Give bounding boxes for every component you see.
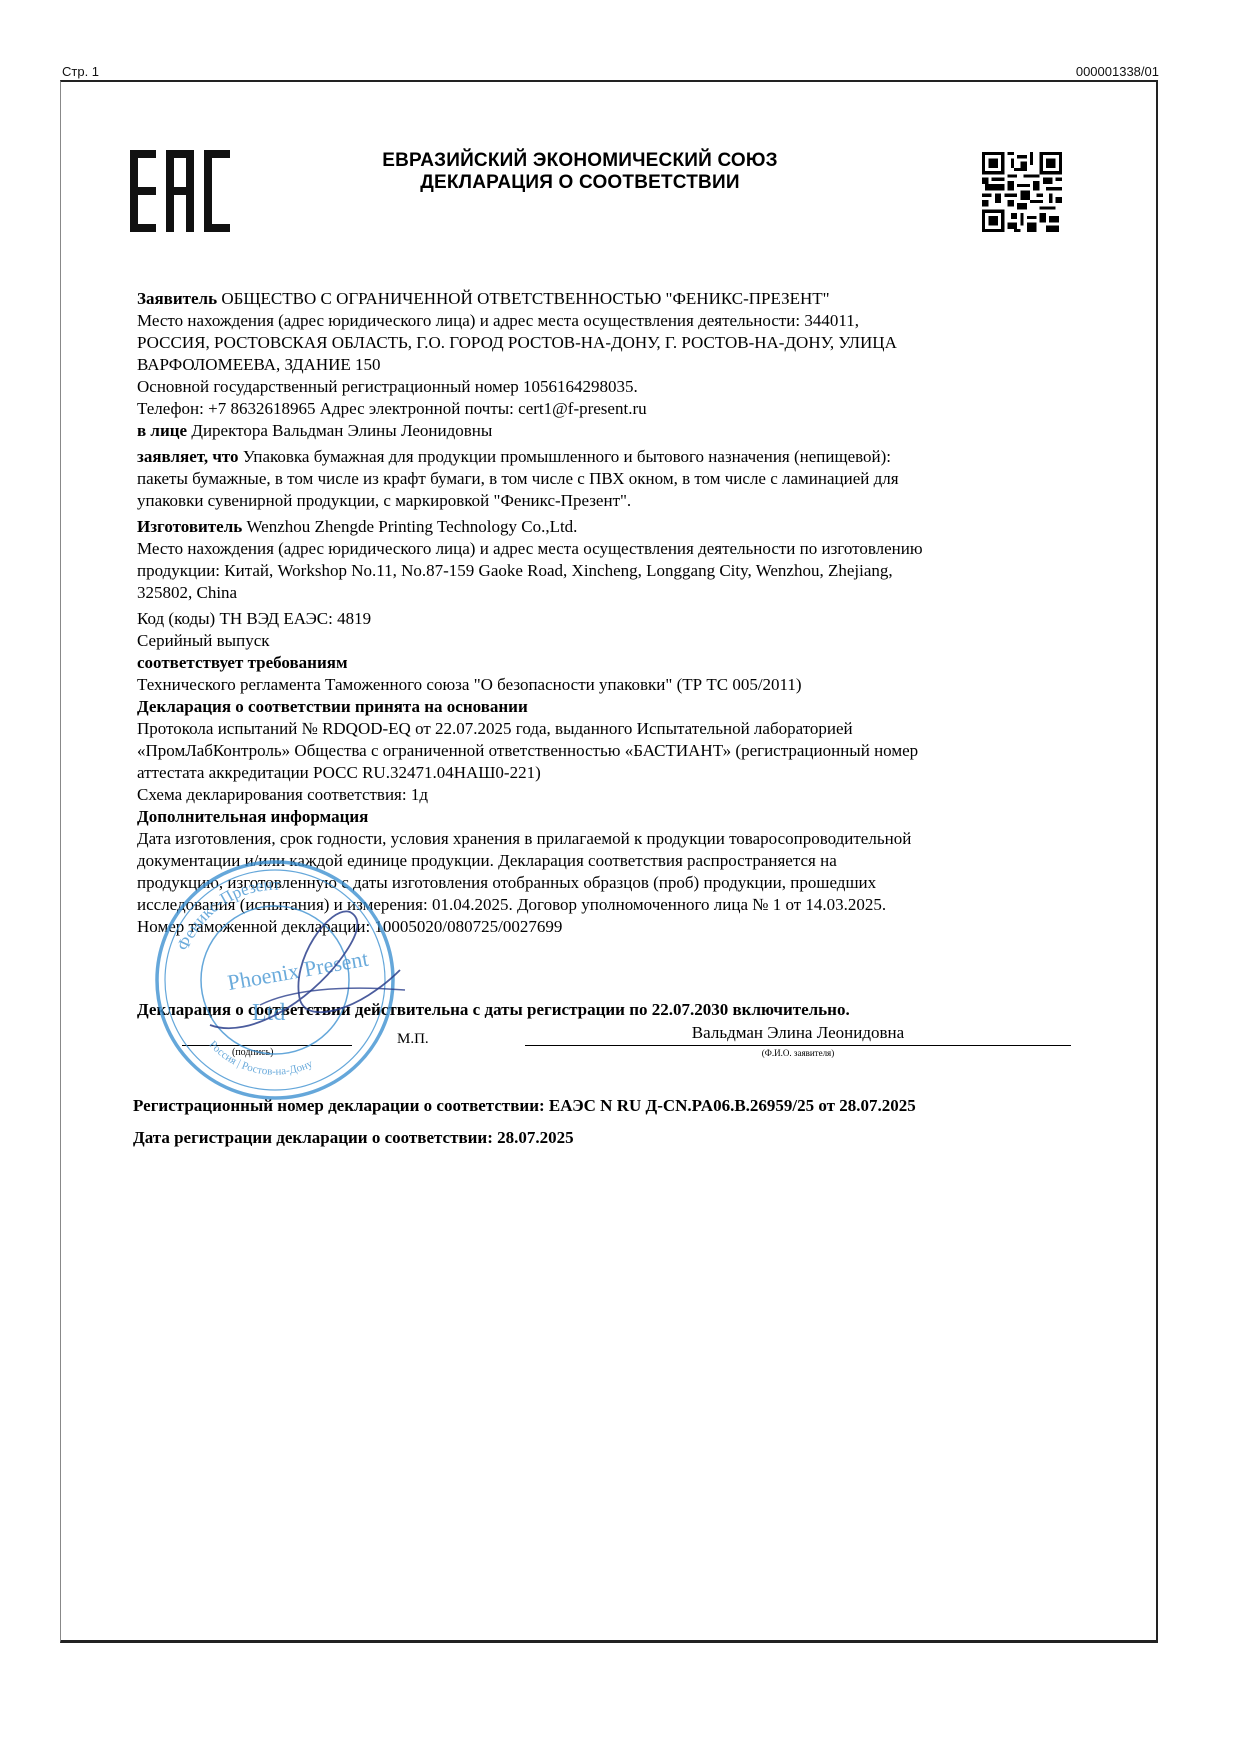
requirements-value: Технического регламента Таможенного союз… — [137, 674, 1087, 696]
manufacturer-label: Изготовитель — [137, 517, 242, 536]
additional-line-4: исследования (испытания) и измерения: 01… — [137, 894, 1087, 916]
manufacturer-address-3: 325802, China — [137, 582, 1087, 604]
manufacturer-name: Wenzhou Zhengde Printing Technology Co.,… — [242, 517, 577, 536]
additional-line-1: Дата изготовления, срок годности, услови… — [137, 828, 1087, 850]
product-desc-2: пакеты бумажные, в том числе из крафт бу… — [137, 468, 1087, 490]
manufacturer-line: Изготовитель Wenzhou Zhengde Printing Te… — [137, 516, 1087, 538]
basis-line-3: аттестата аккредитации РОСС RU.32471.04Н… — [137, 762, 1087, 784]
basis-label: Декларация о соответствии принята на осн… — [137, 696, 1087, 718]
applicant-address-2: РОССИЯ, РОСТОВСКАЯ ОБЛАСТЬ, Г.О. ГОРОД Р… — [137, 332, 1087, 354]
page-number: Стр. 1 — [62, 64, 99, 79]
applicant-ogrn: Основной государственный регистрационный… — [137, 376, 1087, 398]
declares-line: заявляет, что Упаковка бумажная для прод… — [137, 446, 1087, 468]
signature-row: (подпись) М.П. Вальдман Элина Леонидовна… — [137, 1026, 1087, 1066]
title-declaration: ДЕКЛАРАЦИЯ О СООТВЕТСТВИИ — [300, 172, 860, 194]
registration-block: Регистрационный номер декларации о соотв… — [133, 1095, 1113, 1159]
representative-value: Директора Вальдман Элины Леонидовны — [187, 421, 492, 440]
product-desc-3: упаковки сувенирной продукции, с маркиро… — [137, 490, 1087, 512]
additional-line-3: продукцию, изготовленную с даты изготовл… — [137, 872, 1087, 894]
registration-number: Регистрационный номер декларации о соотв… — [133, 1095, 1113, 1117]
signer-name: Вальдман Элина Леонидовна — [525, 1023, 1071, 1043]
declaration-body: Заявитель ОБЩЕСТВО С ОГРАНИЧЕННОЙ ОТВЕТС… — [137, 288, 1087, 938]
signature-caption: (подпись) — [232, 1047, 274, 1058]
applicant-address-3: ВАРФОЛОМЕЕВА, ЗДАНИЕ 150 — [137, 354, 1087, 376]
validity-statement: Декларация о соответствии действительна … — [137, 1000, 1087, 1020]
declares-label: заявляет, что — [137, 447, 239, 466]
declaration-scheme: Схема декларирования соответствия: 1д — [137, 784, 1087, 806]
seal-label: М.П. — [397, 1031, 429, 1048]
document-title: ЕВРАЗИЙСКИЙ ЭКОНОМИЧЕСКИЙ СОЮЗ ДЕКЛАРАЦИ… — [300, 150, 860, 194]
manufacturer-address-2: продукции: Китай, Workshop No.11, No.87-… — [137, 560, 1087, 582]
additional-label: Дополнительная информация — [137, 806, 1087, 828]
manufacturer-address-1: Место нахождения (адрес юридического лиц… — [137, 538, 1087, 560]
release-type: Серийный выпуск — [137, 630, 1087, 652]
title-union: ЕВРАЗИЙСКИЙ ЭКОНОМИЧЕСКИЙ СОЮЗ — [300, 150, 860, 172]
document-number: 000001338/01 — [1076, 64, 1159, 79]
qr-code-icon[interactable] — [982, 152, 1062, 232]
additional-line-2: документации и/или каждой единице продук… — [137, 850, 1087, 872]
additional-line-5: Номер таможенной декларации: 10005020/08… — [137, 916, 1087, 938]
representative-label: в лице — [137, 421, 187, 440]
applicant-label: Заявитель — [137, 289, 217, 308]
registration-date: Дата регистрации декларации о соответств… — [133, 1127, 1113, 1149]
requirements-label: соответствует требованиям — [137, 652, 1087, 674]
signature-line — [182, 1045, 352, 1046]
applicant-address-1: Место нахождения (адрес юридического лиц… — [137, 310, 1087, 332]
basis-line-1: Протокола испытаний № RDQOD-EQ от 22.07.… — [137, 718, 1087, 740]
signer-name-line — [525, 1045, 1071, 1046]
applicant-line: Заявитель ОБЩЕСТВО С ОГРАНИЧЕННОЙ ОТВЕТС… — [137, 288, 1087, 310]
eac-mark-icon — [130, 150, 230, 232]
basis-line-2: «ПромЛабКонтроль» Общества с ограниченно… — [137, 740, 1087, 762]
signer-caption: (Ф.И.О. заявителя) — [525, 1048, 1071, 1058]
applicant-representative: в лице Директора Вальдман Элины Леонидов… — [137, 420, 1087, 442]
product-desc-1: Упаковка бумажная для продукции промышле… — [239, 447, 891, 466]
applicant-contacts: Телефон: +7 8632618965 Адрес электронной… — [137, 398, 1087, 420]
tnved-code: Код (коды) ТН ВЭД ЕАЭС: 4819 — [137, 608, 1087, 630]
applicant-name: ОБЩЕСТВО С ОГРАНИЧЕННОЙ ОТВЕТСТВЕННОСТЬЮ… — [217, 289, 830, 308]
